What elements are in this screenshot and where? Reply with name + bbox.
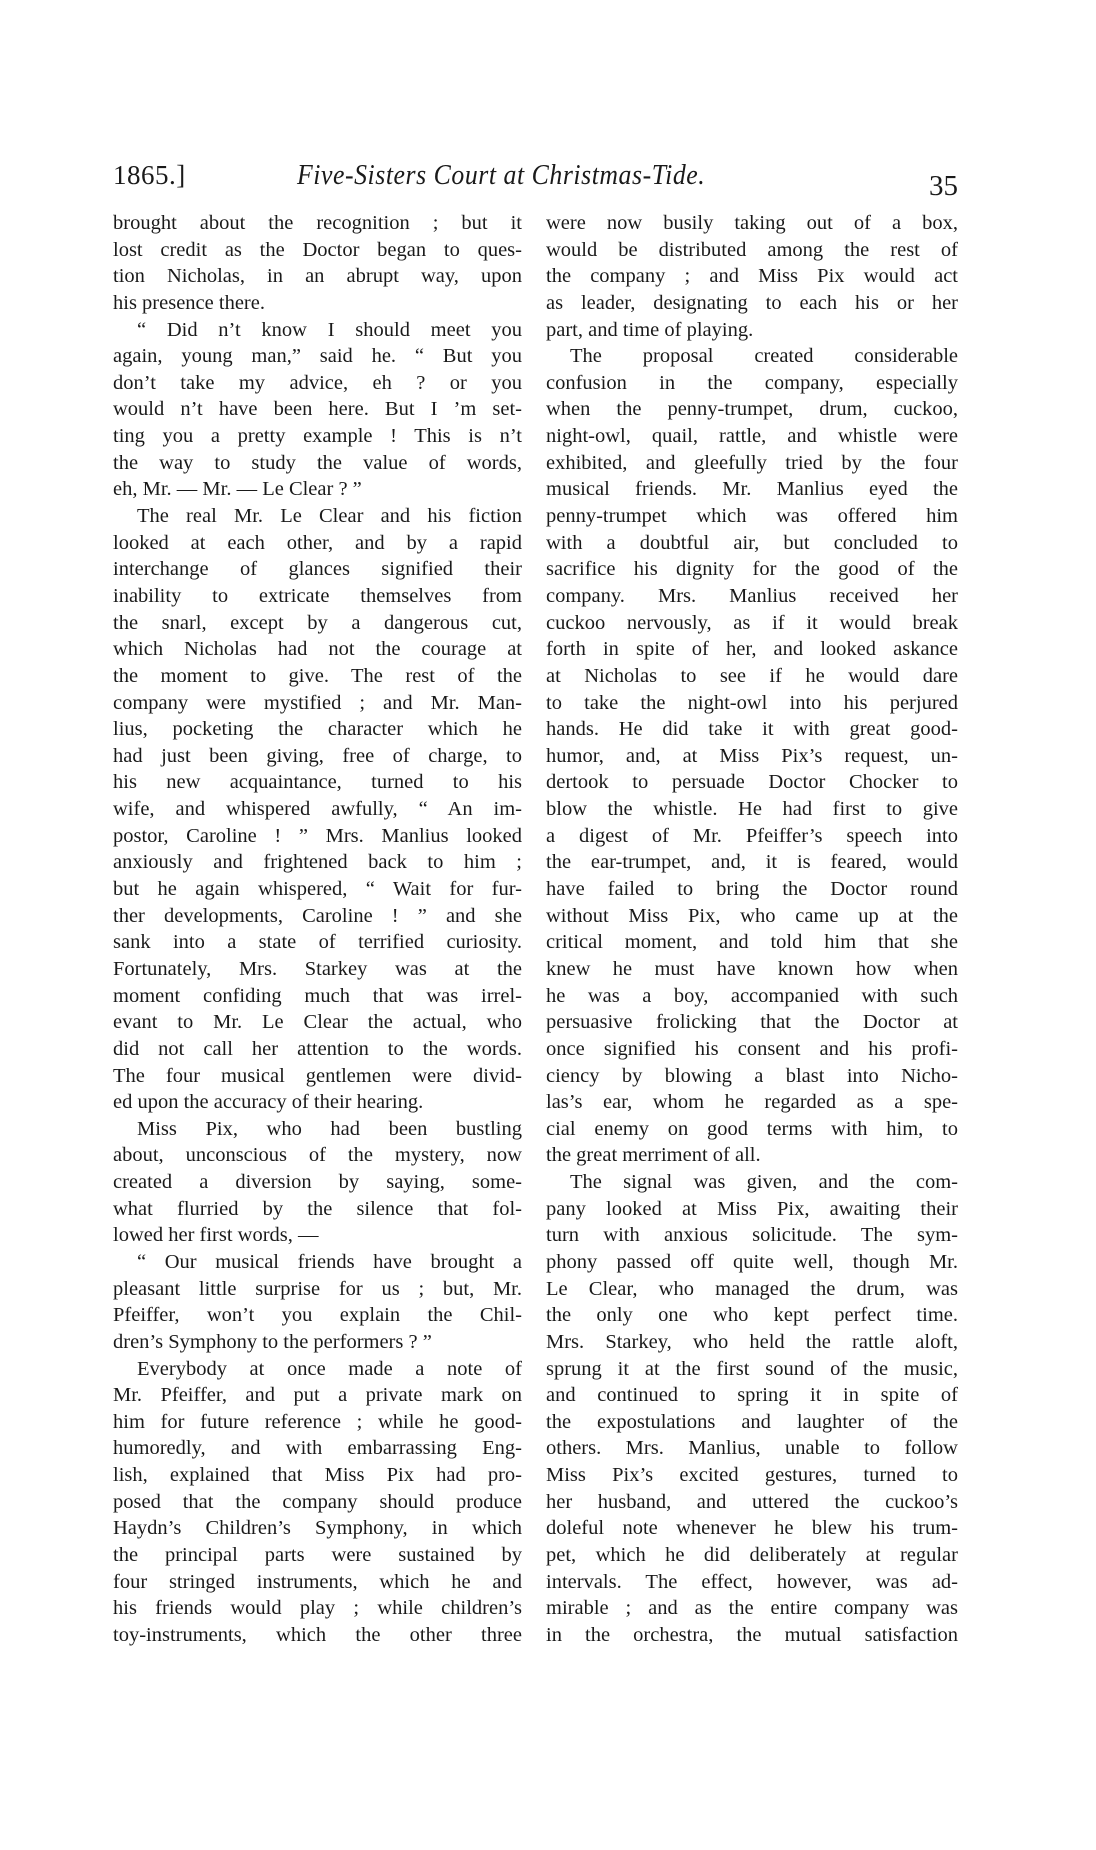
text-line: the expostulations and laughter of the (546, 1409, 958, 1436)
text-line: others. Mrs. Manlius, unable to follow (546, 1435, 958, 1462)
text-line: night-owl, quail, rattle, and whistle we… (546, 423, 958, 450)
text-line: the moment to give. The rest of the (113, 663, 522, 690)
text-line: and continued to spring it in spite of (546, 1382, 958, 1409)
text-line: don’t take my advice, eh ? or you (113, 370, 522, 397)
text-line: the ear-trumpet, and, it is feared, woul… (546, 849, 958, 876)
text-line: when the penny-trumpet, drum, cuckoo, (546, 396, 958, 423)
text-line: las’s ear, whom he regarded as a spe- (546, 1089, 958, 1116)
text-line: him for future reference ; while he good… (113, 1409, 522, 1436)
text-line: Everybody at once made a note of (113, 1356, 522, 1383)
text-line: have failed to bring the Doctor round (546, 876, 958, 903)
text-line: anxiously and frightened back to him ; (113, 849, 522, 876)
text-line: The four musical gentlemen were divid- (113, 1063, 522, 1090)
text-line: the company ; and Miss Pix would act (546, 263, 958, 290)
text-line: ed upon the accuracy of their hearing. (113, 1089, 522, 1116)
text-line: postor, Caroline ! ” Mrs. Manlius looked (113, 823, 522, 850)
text-line: ting you a pretty example ! This is n’t (113, 423, 522, 450)
text-line: would be distributed among the rest of (546, 237, 958, 264)
header-title: Five-Sisters Court at Christmas-Tide. (297, 160, 705, 192)
text-line: had just been giving, free of charge, to (113, 743, 522, 770)
text-line: part, and time of playing. (546, 317, 958, 344)
text-line: persuasive frolicking that the Doctor at (546, 1009, 958, 1036)
left-column: brought about the recognition ; but itlo… (113, 210, 522, 1649)
text-line: forth in spite of her, and looked askanc… (546, 636, 958, 663)
text-line: the only one who kept perfect time. (546, 1302, 958, 1329)
text-line: Haydn’s Children’s Symphony, in which (113, 1515, 522, 1542)
text-line: “ Our musical friends have brought a (113, 1249, 522, 1276)
text-line: interchange of glances signified their (113, 556, 522, 583)
text-line: Fortunately, Mrs. Starkey was at the (113, 956, 522, 983)
text-line: hands. He did take it with great good- (546, 716, 958, 743)
text-line: pany looked at Miss Pix, awaiting their (546, 1196, 958, 1223)
text-line: dren’s Symphony to the performers ? ” (113, 1329, 522, 1356)
text-line: Mr. Pfeiffer, and put a private mark on (113, 1382, 522, 1409)
text-line: the snarl, except by a dangerous cut, (113, 610, 522, 637)
text-line: to take the night-owl into his perjured (546, 690, 958, 717)
text-line: dertook to persuade Doctor Chocker to (546, 769, 958, 796)
text-line: lius, pocketing the character which he (113, 716, 522, 743)
text-line: the way to study the value of words, (113, 450, 522, 477)
text-line: Mrs. Starkey, who held the rattle aloft, (546, 1329, 958, 1356)
text-line: humor, and, at Miss Pix’s request, un- (546, 743, 958, 770)
text-line: sprung it at the first sound of the musi… (546, 1356, 958, 1383)
text-line: tion Nicholas, in an abrupt way, upon (113, 263, 522, 290)
text-line: about, unconscious of the mystery, now (113, 1142, 522, 1169)
text-line: The proposal created considerable (546, 343, 958, 370)
text-line: inability to extricate themselves from (113, 583, 522, 610)
text-line: which Nicholas had not the courage at (113, 636, 522, 663)
text-line: Le Clear, who managed the drum, was (546, 1276, 958, 1303)
text-line: lish, explained that Miss Pix had pro- (113, 1462, 522, 1489)
text-line: the principal parts were sustained by (113, 1542, 522, 1569)
text-line: at Nicholas to see if he would dare (546, 663, 958, 690)
text-line: cuckoo nervously, as if it would break (546, 610, 958, 637)
header-year: 1865.] (113, 160, 186, 191)
text-line: in the orchestra, the mutual satisfactio… (546, 1622, 958, 1649)
text-line: pleasant little surprise for us ; but, M… (113, 1276, 522, 1303)
text-line: ther developments, Caroline ! ” and she (113, 903, 522, 930)
book-page: 1865.] Five-Sisters Court at Christmas-T… (0, 0, 1096, 1850)
text-line: The real Mr. Le Clear and his fiction (113, 503, 522, 530)
text-line: were now busily taking out of a box, (546, 210, 958, 237)
text-line: wife, and whispered awfully, “ An im- (113, 796, 522, 823)
text-line: evant to Mr. Le Clear the actual, who (113, 1009, 522, 1036)
text-line: Miss Pix’s excited gestures, turned to (546, 1462, 958, 1489)
text-line: would n’t have been here. But I ’m set- (113, 396, 522, 423)
text-line: but he again whispered, “ Wait for fur- (113, 876, 522, 903)
text-line: again, young man,” said he. “ But you (113, 343, 522, 370)
text-line: humoredly, and with embarrassing Eng- (113, 1435, 522, 1462)
text-line: a digest of Mr. Pfeiffer’s speech into (546, 823, 958, 850)
text-line: musical friends. Mr. Manlius eyed the (546, 476, 958, 503)
text-line: his new acquaintance, turned to his (113, 769, 522, 796)
text-line: four stringed instruments, which he and (113, 1569, 522, 1596)
text-line: sank into a state of terrified curiosity… (113, 929, 522, 956)
text-line: as leader, designating to each his or he… (546, 290, 958, 317)
text-line: ciency by blowing a blast into Nicho- (546, 1063, 958, 1090)
text-line: penny-trumpet which was offered him (546, 503, 958, 530)
text-line: lowed her first words, — (113, 1222, 522, 1249)
text-line: her husband, and uttered the cuckoo’s (546, 1489, 958, 1516)
text-line: what flurried by the silence that fol- (113, 1196, 522, 1223)
text-line: confusion in the company, especially (546, 370, 958, 397)
text-line: mirable ; and as the entire company was (546, 1595, 958, 1622)
text-line: critical moment, and told him that she (546, 929, 958, 956)
text-line: created a diversion by saying, some- (113, 1169, 522, 1196)
text-line: intervals. The effect, however, was ad- (546, 1569, 958, 1596)
text-line: Miss Pix, who had been bustling (113, 1116, 522, 1143)
text-line: company. Mrs. Manlius received her (546, 583, 958, 610)
page-number: 35 (929, 170, 958, 203)
text-line: he was a boy, accompanied with such (546, 983, 958, 1010)
text-line: phony passed off quite well, though Mr. (546, 1249, 958, 1276)
text-line: turn with anxious solicitude. The sym- (546, 1222, 958, 1249)
text-line: exhibited, and gleefully tried by the fo… (546, 450, 958, 477)
text-line: “ Did n’t know I should meet you (113, 317, 522, 344)
text-line: The signal was given, and the com- (546, 1169, 958, 1196)
text-line: sacrifice his dignity for the good of th… (546, 556, 958, 583)
text-line: cial enemy on good terms with him, to (546, 1116, 958, 1143)
text-line: looked at each other, and by a rapid (113, 530, 522, 557)
text-line: blow the whistle. He had first to give (546, 796, 958, 823)
text-line: did not call her attention to the words. (113, 1036, 522, 1063)
text-line: eh, Mr. — Mr. — Le Clear ? ” (113, 476, 522, 503)
text-line: toy-instruments, which the other three (113, 1622, 522, 1649)
right-column: were now busily taking out of a box,woul… (546, 210, 958, 1649)
text-line: company were mystified ; and Mr. Man- (113, 690, 522, 717)
text-line: without Miss Pix, who came up at the (546, 903, 958, 930)
text-line: posed that the company should produce (113, 1489, 522, 1516)
text-line: moment confiding much that was irrel- (113, 983, 522, 1010)
text-line: pet, which he did deliberately at regula… (546, 1542, 958, 1569)
text-line: his friends would play ; while children’… (113, 1595, 522, 1622)
text-line: knew he must have known how when (546, 956, 958, 983)
text-line: the great merriment of all. (546, 1142, 958, 1169)
text-line: brought about the recognition ; but it (113, 210, 522, 237)
text-line: his presence there. (113, 290, 522, 317)
running-head: 1865.] Five-Sisters Court at Christmas-T… (113, 160, 958, 200)
text-line: once signified his consent and his profi… (546, 1036, 958, 1063)
text-line: doleful note whenever he blew his trum- (546, 1515, 958, 1542)
text-line: with a doubtful air, but concluded to (546, 530, 958, 557)
text-line: Pfeiffer, won’t you explain the Chil- (113, 1302, 522, 1329)
text-line: lost credit as the Doctor began to ques- (113, 237, 522, 264)
